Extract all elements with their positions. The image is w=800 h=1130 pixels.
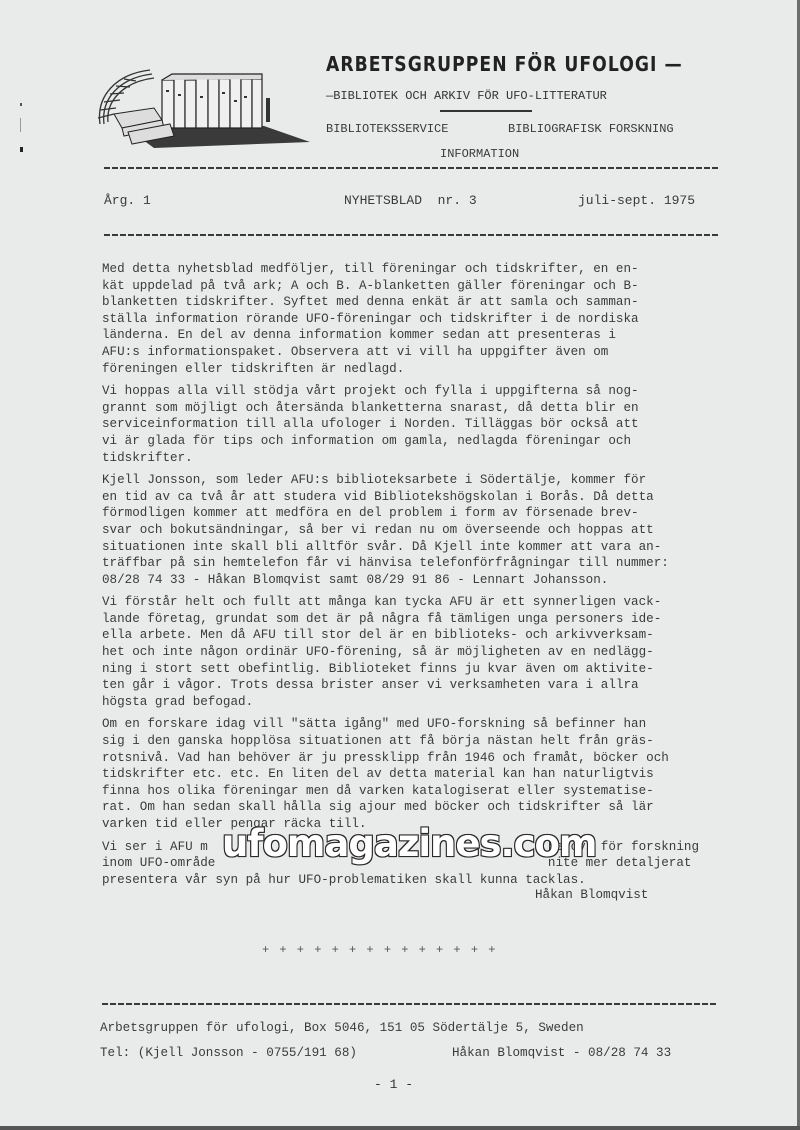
divider: [440, 110, 532, 112]
paragraph: Vi hoppas alla vill stödja vårt projekt …: [102, 383, 782, 466]
service-information: INFORMATION: [440, 147, 519, 161]
scan-edge-bottom: [0, 1126, 800, 1130]
article-body: Med detta nyhetsblad medföljer, till för…: [102, 261, 782, 894]
paragraph: Med detta nyhetsblad medföljer, till för…: [102, 261, 782, 377]
issue-number: NYHETSBLAD nr. 3: [344, 193, 477, 208]
plus-separator: + + + + + + + + + + + + + +: [262, 943, 495, 957]
page-number: - 1 -: [374, 1077, 413, 1092]
margin-mark: [20, 118, 21, 132]
dashed-divider: [104, 234, 718, 236]
margin-mark: [20, 147, 23, 152]
signature: Håkan Blomqvist: [535, 888, 648, 902]
issue-date: juli-sept. 1975: [578, 193, 695, 208]
books-icon: [94, 66, 310, 148]
masthead-subtitle: —BIBLIOTEK OCH ARKIV FÖR UFO-LITTERATUR: [326, 89, 607, 103]
footer-tel-kjell: Tel: (Kjell Jonsson - 0755/191 68): [100, 1046, 357, 1060]
paragraph: Kjell Jonsson, som leder AFU:s bibliotek…: [102, 472, 782, 588]
footer-address: Arbetsgruppen för ufologi, Box 5046, 151…: [100, 1021, 584, 1035]
footer-tel-hakan: Håkan Blomqvist - 08/28 74 33: [452, 1046, 671, 1060]
paragraph: Om en forskare idag vill "sätta igång" m…: [102, 716, 782, 832]
watermark: ufomagazines.com: [222, 822, 596, 865]
masthead-title: ARBETSGRUPPEN FÖR UFOLOGI —: [326, 52, 683, 76]
dashed-divider: [102, 1003, 716, 1005]
paragraph: Vi förstår helt och fullt att många kan …: [102, 594, 782, 710]
issue-volume: Årg. 1: [104, 193, 151, 208]
service-library: BIBLIOTEKSSERVICE: [326, 122, 448, 136]
service-bibliographic-research: BIBLIOGRAFISK FORSKNING: [508, 122, 674, 136]
margin-mark: [20, 103, 22, 106]
dashed-divider: [104, 167, 718, 169]
